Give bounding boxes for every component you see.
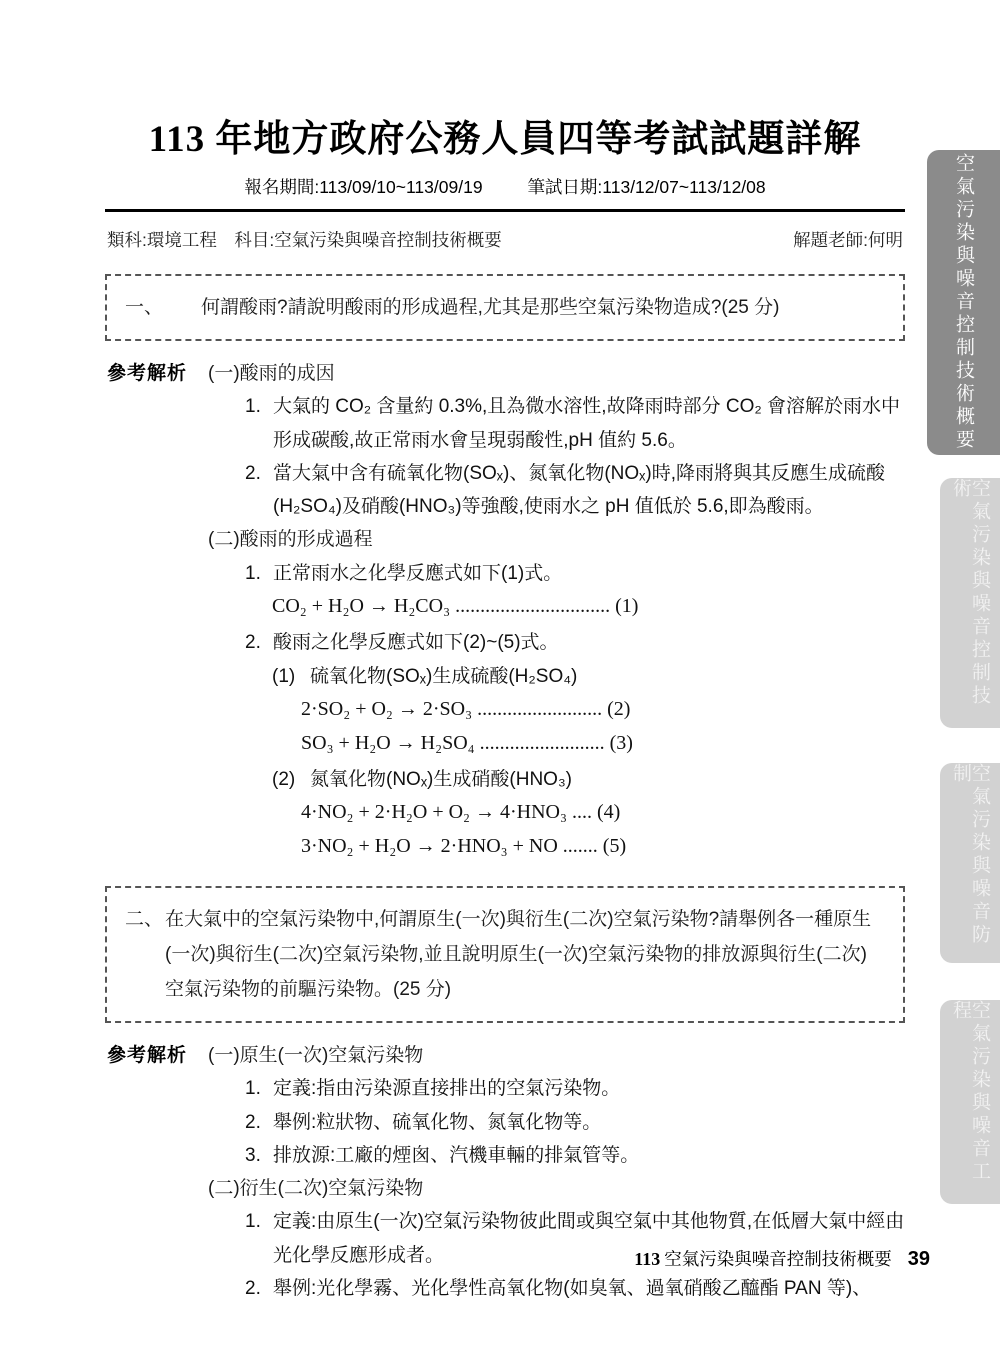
item-text: 大氣的 CO₂ 含量約 0.3%,且為微水溶性,故降雨時部分 CO₂ 會溶解於雨… — [273, 390, 905, 457]
sub-item-text: 氮氧化物(NOₓ)生成硝酸(HNO₃) — [310, 763, 905, 796]
page-footer: 113 空氣污染與噪音控制技術概要 39 — [634, 1246, 930, 1271]
item-number: 2. — [245, 1272, 273, 1305]
item-text: 舉例:粒狀物、硫氧化物、氮氧化物等。 — [273, 1106, 905, 1139]
q2-s2-item-2: 2. 舉例:光化學霧、光化學性高氧化物(如臭氧、過氧硝酸乙醯酯 PAN 等)、 — [245, 1272, 905, 1305]
exam-dates-line: 報名期間:113/09/10~113/09/19 筆試日期:113/12/07~… — [105, 174, 905, 199]
chemical-equation-1: CO₂ + H₂O → H₂CO₃ ......................… — [272, 590, 905, 624]
edge-tab-pollution-engineering: 空氣污染與噪音工程 — [940, 1000, 1000, 1204]
chemical-equation-4: 4·NO₂ + 2·H₂O + O₂ → 4·HNO₃ .... (4) — [301, 796, 905, 830]
q1-s2-item-2: 2. 酸雨之化學反應式如下(2)~(5)式。 — [245, 626, 905, 659]
page-content: 113 年地方政府公務人員四等考試試題詳解 報名期間:113/09/10~113… — [105, 0, 905, 1305]
analysis-label-1: 參考解析 — [107, 357, 187, 390]
analysis-body-1: (一)酸雨的成因 1. 大氣的 CO₂ 含量約 0.3%,且為微水溶性,故降雨時… — [208, 357, 905, 863]
chemical-equation-5: 3·NO₂ + H₂O → 2·HNO₃ + NO ....... (5) — [301, 830, 905, 864]
q2-s1-item-1: 1. 定義:指由污染源直接排出的空氣污染物。 — [245, 1072, 905, 1105]
q1-section-2-heading: (二)酸雨的形成過程 — [208, 523, 905, 556]
footer-page-number: 39 — [908, 1248, 930, 1271]
q1-s2-sub-1: (1) 硫氧化物(SOₓ)生成硫酸(H₂SO₄) — [272, 660, 905, 693]
item-number: 1. — [245, 390, 273, 457]
edge-tab-control-technology: 空氣污染與噪音控制技術 — [940, 478, 1000, 728]
item-text: 定義:指由污染源直接排出的空氣污染物。 — [273, 1072, 905, 1105]
written-exam-date: 筆試日期:113/12/07~113/12/08 — [527, 177, 765, 197]
chemical-equation-2: 2·SO₂ + O₂ → 2·SO₃ .....................… — [301, 693, 905, 727]
q1-s2-item-1: 1. 正常雨水之化學反應式如下(1)式。 — [245, 557, 905, 590]
q1-s2-sub-2: (2) 氮氧化物(NOₓ)生成硝酸(HNO₃) — [272, 763, 905, 796]
page-title: 113 年地方政府公務人員四等考試試題詳解 — [105, 108, 905, 162]
sub-item-number: (2) — [272, 763, 310, 796]
question-2-number: 二、 — [125, 902, 165, 1007]
analysis-label-2: 參考解析 — [107, 1039, 187, 1072]
item-number: 3. — [245, 1139, 273, 1172]
question-2-box: 二、 在大氣中的空氣污染物中,何謂原生(一次)與衍生(二次)空氣污染物?請舉例各… — [105, 886, 905, 1023]
category-subject-label: 類科:環境工程 科目:空氣污染與噪音控制技術概要 — [107, 227, 502, 252]
chemical-equation-3: SO₃ + H₂O → H₂SO₄ ......................… — [301, 727, 905, 761]
question-1-number: 一、 — [125, 290, 201, 325]
item-text: 舉例:光化學霧、光化學性高氧化物(如臭氧、過氧硝酸乙醯酯 PAN 等)、 — [273, 1272, 905, 1305]
question-1-analysis: 參考解析 (一)酸雨的成因 1. 大氣的 CO₂ 含量約 0.3%,且為微水溶性… — [105, 357, 905, 863]
registration-period: 報名期間:113/09/10~113/09/19 — [244, 177, 482, 197]
item-text: 酸雨之化學反應式如下(2)~(5)式。 — [273, 626, 905, 659]
item-number: 1. — [245, 557, 273, 590]
question-2-text: 在大氣中的空氣污染物中,何謂原生(一次)與衍生(二次)空氣污染物?請舉例各一種原… — [165, 902, 885, 1007]
edge-tab-label: 空氣污染與噪音控制技術概要 — [954, 153, 973, 452]
item-number: 2. — [245, 1106, 273, 1139]
q2-s1-item-3: 3. 排放源:工廠的煙囪、汽機車輛的排氣管等。 — [245, 1139, 905, 1172]
footer-subject: 空氣污染與噪音控制技術概要 — [664, 1246, 892, 1271]
item-number: 2. — [245, 457, 273, 524]
q2-section-1-heading: (一)原生(一次)空氣污染物 — [208, 1039, 905, 1072]
footer-edition: 113 — [634, 1249, 660, 1270]
item-number: 1. — [245, 1205, 273, 1272]
item-text: 正常雨水之化學反應式如下(1)式。 — [273, 557, 905, 590]
q1-s1-item-2: 2. 當大氣中含有硫氧化物(SOₓ)、氮氧化物(NOₓ)時,降雨將與其反應生成硫… — [245, 457, 905, 524]
edge-tab-pollution-prevention: 空氣污染與噪音防制 — [940, 763, 1000, 963]
item-text: 排放源:工廠的煙囪、汽機車輛的排氣管等。 — [273, 1139, 905, 1172]
q2-section-2-heading: (二)衍生(二次)空氣污染物 — [208, 1172, 905, 1205]
teacher-label: 解題老師:何明 — [793, 227, 903, 252]
q1-s1-item-1: 1. 大氣的 CO₂ 含量約 0.3%,且為微水溶性,故降雨時部分 CO₂ 會溶… — [245, 390, 905, 457]
item-number: 2. — [245, 626, 273, 659]
q2-s1-item-2: 2. 舉例:粒狀物、硫氧化物、氮氧化物等。 — [245, 1106, 905, 1139]
edge-tab-label: 空氣污染與噪音控制技術 — [951, 478, 989, 728]
question-1-text: 何謂酸雨?請說明酸雨的形成過程,尤其是那些空氣污染物造成?(25 分) — [201, 290, 885, 325]
sub-item-number: (1) — [272, 660, 310, 693]
edge-tab-label: 空氣污染與噪音工程 — [951, 1000, 989, 1204]
edge-tab-label: 空氣污染與噪音防制 — [951, 763, 989, 963]
edge-tab-subject-overview: 空氣污染與噪音控制技術概要 — [927, 150, 1000, 455]
question-1-box: 一、 何謂酸雨?請說明酸雨的形成過程,尤其是那些空氣污染物造成?(25 分) — [105, 274, 905, 341]
item-number: 1. — [245, 1072, 273, 1105]
item-text: 當大氣中含有硫氧化物(SOₓ)、氮氧化物(NOₓ)時,降雨將與其反應生成硫酸(H… — [273, 457, 905, 524]
meta-row: 類科:環境工程 科目:空氣污染與噪音控制技術概要 解題老師:何明 — [105, 212, 905, 258]
sub-item-text: 硫氧化物(SOₓ)生成硫酸(H₂SO₄) — [310, 660, 905, 693]
q1-section-1-heading: (一)酸雨的成因 — [208, 357, 905, 390]
